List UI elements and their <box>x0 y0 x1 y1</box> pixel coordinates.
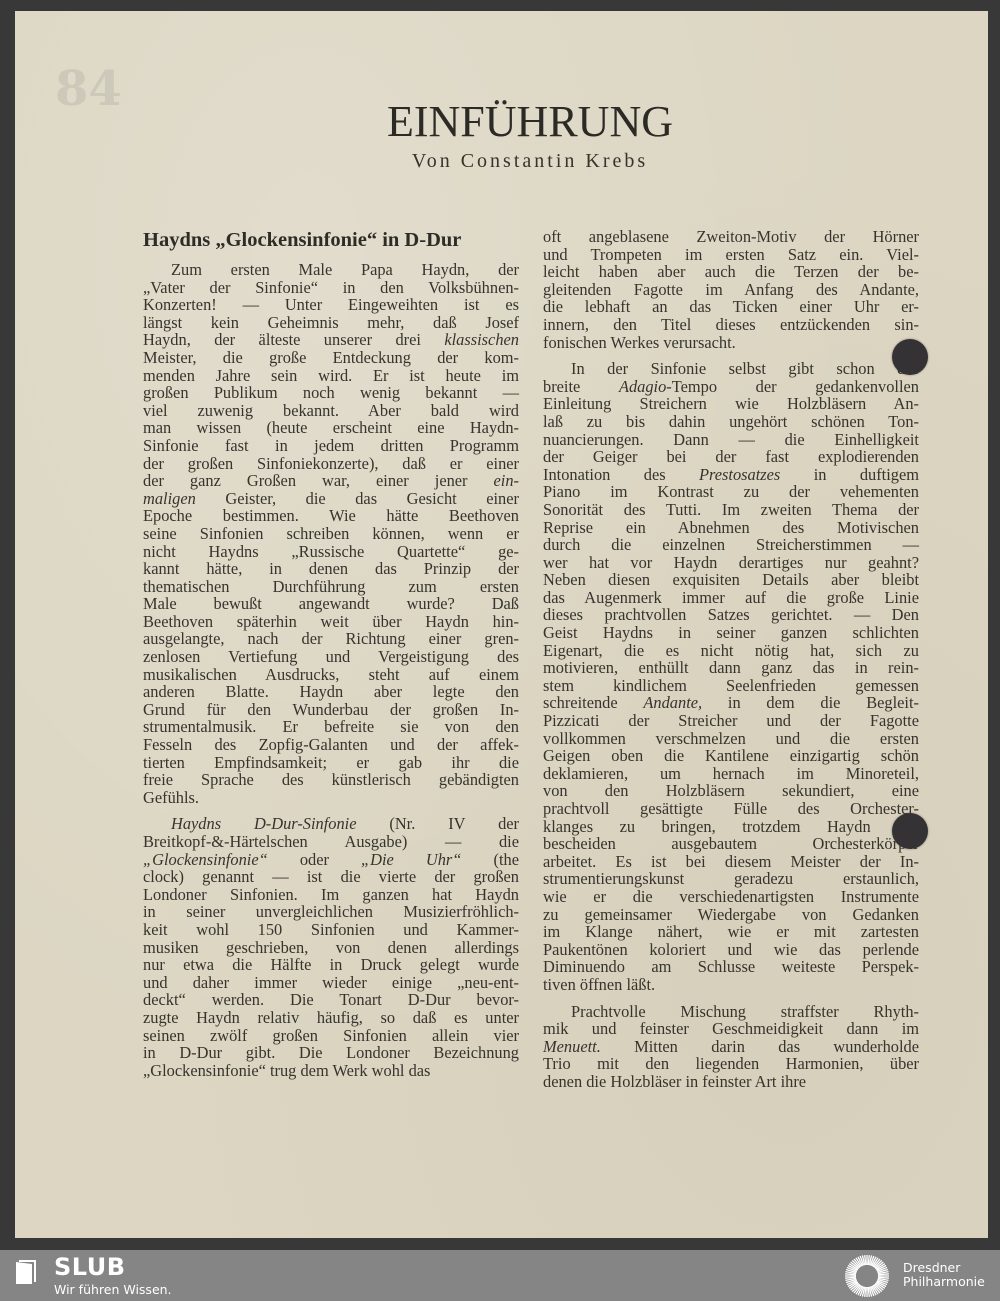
slub-tagline: Wir führen Wissen. <box>54 1282 172 1297</box>
text-line: „Glockensinfonie“ oder „Die Uhr“ (the <box>143 851 519 869</box>
text-line: innern, den Titel dieses entzückenden si… <box>543 316 919 334</box>
left-column: Haydns „Glockensinfonie“ in D-Dur Zum er… <box>143 228 519 1079</box>
text-line: laß zu bis dahin ungehört schönen Ton- <box>543 413 919 431</box>
text-line: In der Sinfonie selbst gibt schon das <box>543 360 919 378</box>
text-line: menden Jahre sein wird. Er ist heute im <box>143 367 519 385</box>
text-line: zu gemeinsamer Wiedergabe von Gedanken <box>543 906 919 924</box>
text-line: großen Publikum noch wenig bekannt — <box>143 384 519 402</box>
text-line: Prachtvolle Mischung straffster Rhyth- <box>543 1003 919 1021</box>
text-line: anderen Blatte. Haydn aber legte den <box>143 683 519 701</box>
text-line: keit wohl 150 Sinfonien und Kammer- <box>143 921 519 939</box>
paragraph: oft angeblasene Zweiton-Motiv der Hörner… <box>543 228 919 351</box>
text-line: dieses prachtvollen Satzes gerichtet. — … <box>543 606 919 624</box>
text-line: im Klange nähert, wie er mit zartesten <box>543 923 919 941</box>
text-line: thematischen Durchführung zum ersten <box>143 578 519 596</box>
text-line: Grund für den Wunderbau der großen In- <box>143 701 519 719</box>
text-line: arbeitet. Es ist bei diesem Meister der … <box>543 853 919 871</box>
text-line: Sinfonie fast in jedem dritten Programm <box>143 437 519 455</box>
text-line: Trio mit den liegenden Harmonien, über <box>543 1055 919 1073</box>
text-line: längst kein Geheimnis mehr, daß Josef <box>143 314 519 332</box>
text-line: breite Adagio-Tempo der gedankenvollen <box>543 378 919 396</box>
text-line: viel zuwenig bekannt. Aber bald wird <box>143 402 519 420</box>
text-line: und daher immer wieder einige „neu-ent- <box>143 974 519 992</box>
text-line: tierten Empfindsamkeit; er gab ihr die <box>143 754 519 772</box>
text-line: Piano im Kontrast zu der vehementen <box>543 483 919 501</box>
text-line: der Geiger bei der fast explodierenden <box>543 448 919 466</box>
text-line: fonischen Werkes verursacht. <box>543 334 919 352</box>
text-line: die lebhaft an das Ticken einer Uhr er- <box>543 298 919 316</box>
paragraph: Zum ersten Male Papa Haydn, der„Vater de… <box>143 261 519 806</box>
text-line: „Glockensinfonie“ trug dem Werk wohl das <box>143 1062 519 1080</box>
paragraph: Haydns D-Dur-Sinfonie (Nr. IV derBreitko… <box>143 815 519 1079</box>
text-line: „Vater der Sinfonie“ in den Volksbühnen- <box>143 279 519 297</box>
text-line: man wissen (heute erscheint eine Haydn- <box>143 419 519 437</box>
right-column-body: oft angeblasene Zweiton-Motiv der Hörner… <box>543 228 919 1091</box>
paragraph: In der Sinfonie selbst gibt schon dasbre… <box>543 360 919 993</box>
text-line: musikalischen Ausdrucks, steht auf einem <box>143 666 519 684</box>
text-line: Beethoven späterhin weit über Haydn hin- <box>143 613 519 631</box>
philharmonie-logo-text: Dresdner Philharmonie <box>903 1261 985 1289</box>
text-line: prachtvoll gesättigte Fülle des Orcheste… <box>543 800 919 818</box>
right-column: oft angeblasene Zweiton-Motiv der Hörner… <box>543 228 919 1091</box>
text-line: tiven öffnen läßt. <box>543 976 919 994</box>
text-line: nicht Haydns „Russische Quartette“ ge- <box>143 543 519 561</box>
text-line: Diminuendo am Schlusse weiteste Perspek- <box>543 958 919 976</box>
text-line: deckt“ werden. Die Tonart D-Dur bevor- <box>143 991 519 1009</box>
text-line: und Trompeten im ersten Satz ein. Viel- <box>543 246 919 264</box>
text-line: motivieren, enthüllt dann ganz das in re… <box>543 659 919 677</box>
text-line: zenlosen Vertiefung und Vergeistigung de… <box>143 648 519 666</box>
text-line: der ganz Großen war, einer jener ein- <box>143 472 519 490</box>
text-line: Male bewußt angewandt wurde? Daß <box>143 595 519 613</box>
text-line: Neben diesen exquisiten Details aber ble… <box>543 571 919 589</box>
text-line: zugte Haydn relativ häufig, so daß es un… <box>143 1009 519 1027</box>
text-line: strumentierungskunst geradezu erstaunlic… <box>543 870 919 888</box>
text-line: Gefühls. <box>143 789 519 807</box>
text-line: bescheiden ausgebautem Orchesterkörper <box>543 835 919 853</box>
left-column-body: Zum ersten Male Papa Haydn, der„Vater de… <box>143 261 519 1079</box>
slub-logo-text: SLUB <box>54 1253 126 1281</box>
text-line: stem kindlichem Seelenfrieden gemessen <box>543 677 919 695</box>
philharmonie-line2: Philharmonie <box>903 1275 985 1289</box>
page-title: EINFÜHRUNG <box>30 96 1000 148</box>
text-line: Haydns D-Dur-Sinfonie (Nr. IV der <box>143 815 519 833</box>
text-line: von den Holzbläsern sekundiert, eine <box>543 782 919 800</box>
text-line: Haydn, der älteste unserer drei klassisc… <box>143 331 519 349</box>
punch-hole-bottom <box>892 813 928 849</box>
text-line: oft angeblasene Zweiton-Motiv der Hörner <box>543 228 919 246</box>
text-line: ausgelangte, nach der Richtung einer gre… <box>143 630 519 648</box>
text-line: deklamieren, um hernach im Minoreteil, <box>543 765 919 783</box>
text-line: Reprise ein Abnehmen des Motivischen <box>543 519 919 537</box>
text-line: in D-Dur gibt. Die Londoner Bezeichnung <box>143 1044 519 1062</box>
text-line: Eigenart, die es nicht nötig hat, sich z… <box>543 642 919 660</box>
text-line: leicht haben aber auch die Terzen der be… <box>543 263 919 281</box>
sunburst-ring-icon <box>842 1253 892 1299</box>
text-line: seine Sinfonien schreiben können, wenn e… <box>143 525 519 543</box>
philharmonie-line1: Dresdner <box>903 1261 985 1275</box>
text-line: Einleitung Streichern wie Holzbläsern An… <box>543 395 919 413</box>
text-line: Pizzicati der Streicher und der Fagotte <box>543 712 919 730</box>
text-line: das Augenmerk immer auf die große Linie <box>543 589 919 607</box>
text-line: mik und feinster Geschmeidigkeit dann im <box>543 1020 919 1038</box>
text-line: strumentalmusik. Er befreite sie von den <box>143 718 519 736</box>
text-line: Paukentönen koloriert und wie das perlen… <box>543 941 919 959</box>
text-line: kannt hätte, in denen das Prinzip der <box>143 560 519 578</box>
text-line: in seiner unvergleichlichen Musizierfröh… <box>143 903 519 921</box>
text-line: schreitende Andante, in dem die Begleit- <box>543 694 919 712</box>
text-line: Konzerten! — Unter Eingeweihten ist es <box>143 296 519 314</box>
text-line: gleitenden Fagotte im Anfang des Andante… <box>543 281 919 299</box>
text-line: wer hat vor Haydn derartiges nur geahnt? <box>543 554 919 572</box>
text-line: durch die einzelnen Streicherstimmen — <box>543 536 919 554</box>
text-line: Londoner Sinfonien. Im ganzen hat Haydn <box>143 886 519 904</box>
text-line: nur etwa die Hälfte in Druck gelegt wurd… <box>143 956 519 974</box>
section-heading: Haydns „Glockensinfonie“ in D-Dur <box>143 228 519 252</box>
text-line: nuancierungen. Dann — die Einhelligkeit <box>543 431 919 449</box>
author-byline: Von Constantin Krebs <box>30 150 1000 173</box>
punch-hole-top <box>892 339 928 375</box>
text-line: musiken geschrieben, von denen allerding… <box>143 939 519 957</box>
text-line: Breitkopf-&-Härtelschen Ausgabe) — die <box>143 833 519 851</box>
title-block: EINFÜHRUNG Von Constantin Krebs <box>0 96 1000 173</box>
paragraph: Prachtvolle Mischung straffster Rhyth-mi… <box>543 1003 919 1091</box>
text-line: wie er die verschiedenartigsten Instrume… <box>543 888 919 906</box>
book-icon <box>12 1258 40 1286</box>
text-line: Fesseln des Zopfig-Galanten und der affe… <box>143 736 519 754</box>
text-line: klanges zu bringen, trotzdem Haydn mit <box>543 818 919 836</box>
text-line: freie Sprache des künstlerisch gebändigt… <box>143 771 519 789</box>
text-line: Menuett. Mitten darin das wunderholde <box>543 1038 919 1056</box>
text-line: maligen Geister, die das Gesicht einer <box>143 490 519 508</box>
text-line: seinen zwölf großen Sinfonien allein vie… <box>143 1027 519 1045</box>
text-line: Sonorität des Tutti. Im zweiten Thema de… <box>543 501 919 519</box>
text-line: Geist Haydns in seiner ganzen schlichten <box>543 624 919 642</box>
footer-bar: SLUB Wir führen Wissen. Dresdner Philhar… <box>0 1250 1000 1301</box>
text-line: Zum ersten Male Papa Haydn, der <box>143 261 519 279</box>
text-line: vollkommen verschmelzen und die ersten <box>543 730 919 748</box>
text-line: denen die Holzbläser in feinster Art ihr… <box>543 1073 919 1091</box>
text-line: Intonation des Prestosatzes in duftigem <box>543 466 919 484</box>
text-line: der großen Sinfoniekonzerte), daß er ein… <box>143 455 519 473</box>
text-line: clock) genannt — ist die vierte der groß… <box>143 868 519 886</box>
text-line: Meister, die große Entdeckung der kom- <box>143 349 519 367</box>
text-line: Geigen oben die Kantilene einzigartig sc… <box>543 747 919 765</box>
text-line: Epoche bestimmen. Wie hätte Beethoven <box>143 507 519 525</box>
